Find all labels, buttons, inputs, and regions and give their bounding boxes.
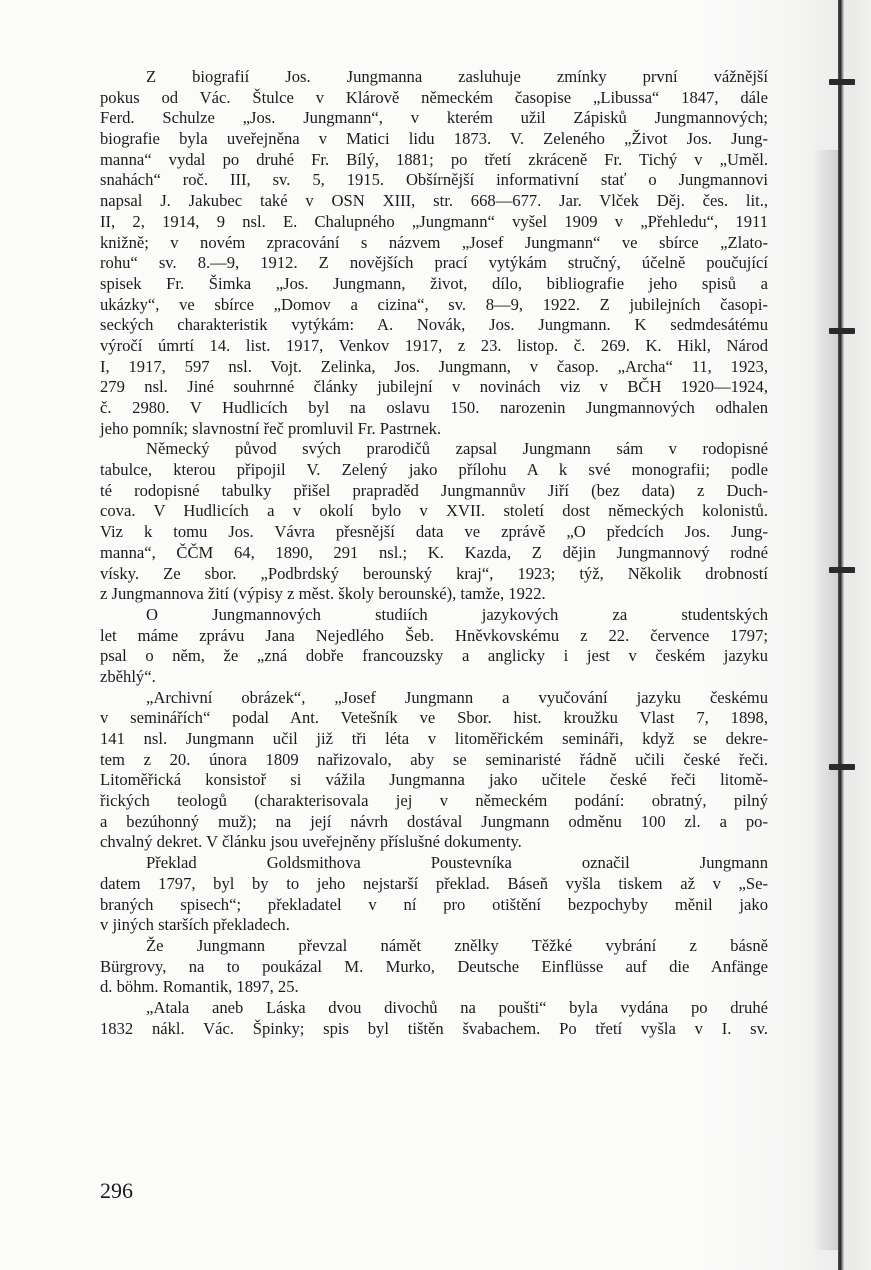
text-line: č. 2980. V Hudlicích byl na oslavu 150. … xyxy=(100,398,768,419)
text-line: 141 nsl. Jungmann učil již tři léta v li… xyxy=(100,729,768,750)
binding-stitch xyxy=(829,764,855,770)
text-line: 1832 nákl. Vác. Špinky; spis byl tištěn … xyxy=(100,1019,768,1040)
binding-stitch xyxy=(829,79,855,85)
text-line: let máme zprávu Jana Nejedlého Šeb. Hněv… xyxy=(100,626,768,647)
text-line: „Archivní obrázek“, „Josef Jungmann a vy… xyxy=(100,688,768,709)
text-line: výročí úmrtí 14. list. 1917, Venkov 1917… xyxy=(100,336,768,357)
text-line: ukázky“, ve sbírce „Domov a cizina“, sv.… xyxy=(100,295,768,316)
page-number: 296 xyxy=(100,1178,133,1204)
text-line: Ferd. Schulze „Jos. Jungmann“, v kterém … xyxy=(100,108,768,129)
text-line: Viz k tomu Jos. Vávra přesnější data ve … xyxy=(100,522,768,543)
text-line: seckých charakteristik vytýkám: A. Novák… xyxy=(100,315,768,336)
text-line: O Jungmannových studiích jazykových za s… xyxy=(100,605,768,626)
text-line: d. böhm. Romantik, 1897, 25. xyxy=(100,977,768,998)
text-line: Bürgrovy, na to poukázal M. Murko, Deuts… xyxy=(100,957,768,978)
text-line: napsal J. Jakubec také v OSN XIII, str. … xyxy=(100,191,768,212)
book-binding-strip xyxy=(838,0,844,1270)
text-line: chvalný dekret. V článku jsou uveřejněny… xyxy=(100,832,768,853)
binding-shadow xyxy=(812,150,838,1250)
text-line: Z biografií Jos. Jungmanna zasluhuje zmí… xyxy=(100,67,768,88)
text-line: vísky. Ze sbor. „Podbrdský berounský kra… xyxy=(100,564,768,585)
text-line: biografie byla uveřejněna v Matici lidu … xyxy=(100,129,768,150)
text-line: tem z 20. února 1809 nařizovalo, aby se … xyxy=(100,750,768,771)
text-line: „Atala aneb Láska dvou divochů na poušti… xyxy=(100,998,768,1019)
text-line: snahách“ roč. III, sv. 5, 1915. Obšírněj… xyxy=(100,170,768,191)
text-line: Že Jungmann převzal námět znělky Těžké v… xyxy=(100,936,768,957)
text-line: datem 1797, byl by to jeho nejstarší pře… xyxy=(100,874,768,895)
text-line: a bezúhonný muž); na její návrh dostával… xyxy=(100,812,768,833)
text-line: pokus od Vác. Štulce v Klárově německém … xyxy=(100,88,768,109)
text-line: II, 2, 1914, 9 nsl. E. Chalupného „Jungm… xyxy=(100,212,768,233)
text-line: spisek Fr. Šimka „Jos. Jungmann, život, … xyxy=(100,274,768,295)
text-line: rohu“ sv. 8.—9, 1912. Z novějších prací … xyxy=(100,253,768,274)
text-line: Německý původ svých prarodičů zapsal Jun… xyxy=(100,439,768,460)
body-text: Z biografií Jos. Jungmanna zasluhuje zmí… xyxy=(100,67,768,1039)
text-line: knižně; v novém zpracování s názvem „Jos… xyxy=(100,233,768,254)
text-line: braných spisech“; překladatel v ní pro o… xyxy=(100,895,768,916)
text-line: té rodopisné tabulky přišel prapraděd Ju… xyxy=(100,481,768,502)
text-line: z Jungmannova žití (výpisy z měst. školy… xyxy=(100,584,768,605)
text-line: v seminářích“ podal Ant. Vetešník ve Sbo… xyxy=(100,708,768,729)
text-line: Litoměřická konsistoř si vážila Jungmann… xyxy=(100,770,768,791)
text-line: tabulce, kterou připojil V. Zelený jako … xyxy=(100,460,768,481)
text-line: psal o něm, že „zná dobře francouzsky a … xyxy=(100,646,768,667)
text-line: 279 nsl. Jiné souhrnné články jubilejní … xyxy=(100,377,768,398)
text-line: řických teologů (charakterisovala jej v … xyxy=(100,791,768,812)
text-line: v jiných starších překladech. xyxy=(100,915,768,936)
text-line: cova. V Hudlicích a v okolí bylo v XVII.… xyxy=(100,501,768,522)
text-line: manna“ vydal po druhé Fr. Bílý, 1881; po… xyxy=(100,150,768,171)
text-line: I, 1917, 597 nsl. Vojt. Zelinka, Jos. Ju… xyxy=(100,357,768,378)
text-line: jeho pomník; slavnostní řeč promluvil Fr… xyxy=(100,419,768,440)
text-line: manna“, ČČM 64, 1890, 291 nsl.; K. Kazda… xyxy=(100,543,768,564)
binding-stitch xyxy=(829,567,855,573)
binding-stitch xyxy=(829,328,855,334)
text-line: Překlad Goldsmithova Poustevníka označil… xyxy=(100,853,768,874)
text-line: zběhlý“. xyxy=(100,667,768,688)
